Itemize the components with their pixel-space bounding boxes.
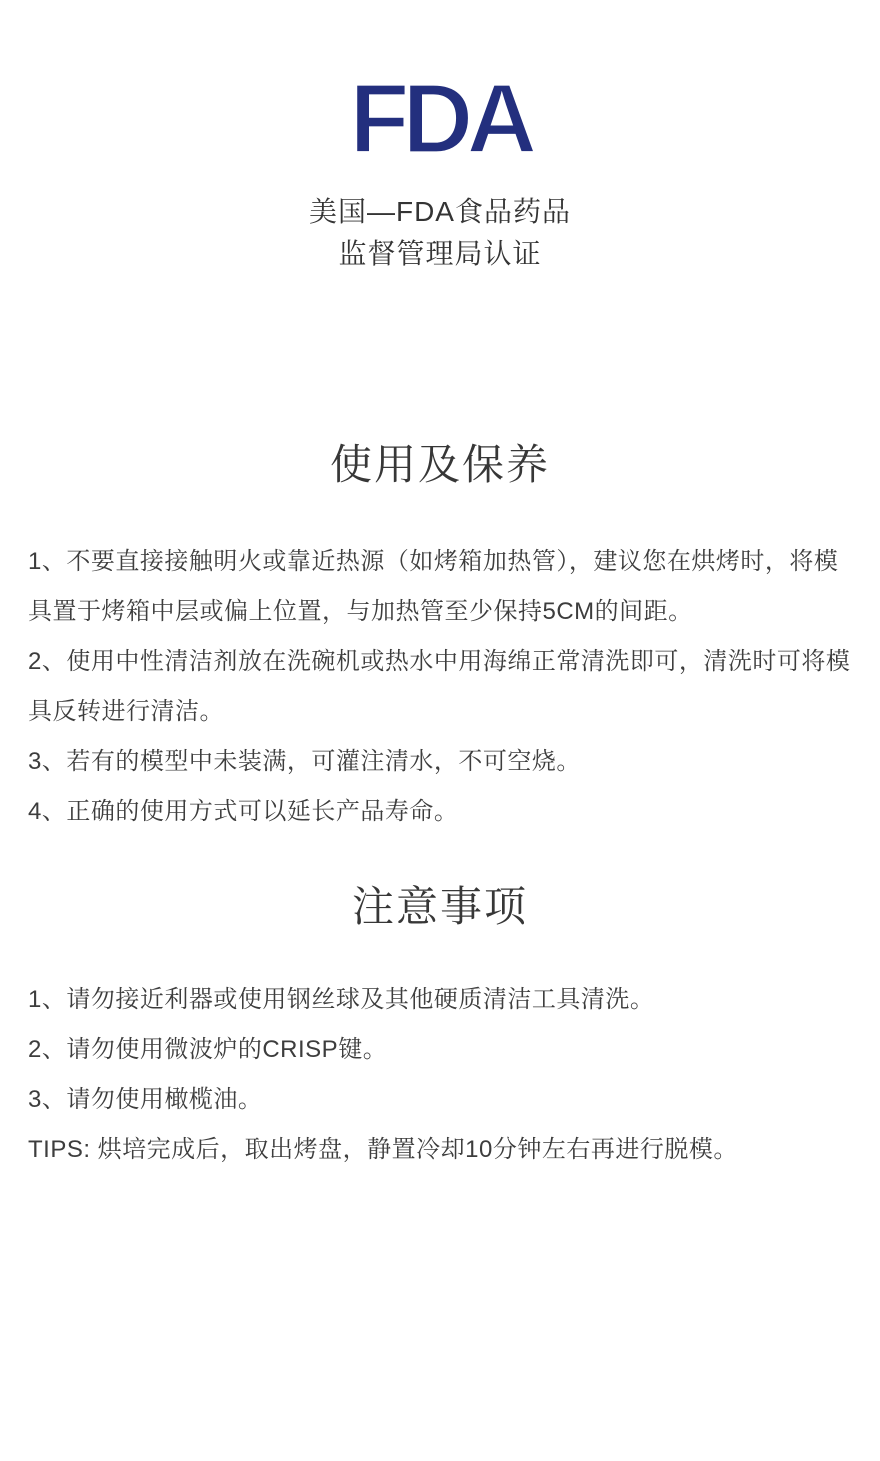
precaution-item-1: 1、请勿接近利器或使用钢丝球及其他硬质清洁工具清洗。 (28, 975, 854, 1025)
usage-item-1: 1、不要直接接触明火或靠近热源（如烤箱加热管），建议您在烘烤时，将模具置于烤箱中… (28, 537, 854, 637)
fda-caption: 美国—FDA食品药品 监督管理局认证 (0, 191, 880, 275)
precaution-tips: TIPS: 烘培完成后，取出烤盘，静置冷却10分钟左右再进行脱模。 (28, 1125, 854, 1175)
precaution-item-3: 3、请勿使用橄榄油。 (28, 1075, 854, 1125)
fda-logo: FDA FDA (0, 74, 880, 167)
fda-caption-line-1: 美国—FDA食品药品 (0, 191, 880, 233)
product-detail-page: FDA FDA 美国—FDA食品药品 监督管理局认证 使用及保养 1、不要直接接… (0, 0, 880, 1461)
svg-text:FDA: FDA (349, 74, 535, 162)
section-title-usage-care: 使用及保养 (0, 441, 880, 489)
precautions-list: 1、请勿接近利器或使用钢丝球及其他硬质清洁工具清洗。 2、请勿使用微波炉的CRI… (0, 975, 880, 1175)
usage-care-list: 1、不要直接接触明火或靠近热源（如烤箱加热管），建议您在烘烤时，将模具置于烤箱中… (0, 537, 880, 837)
usage-item-3: 3、若有的模型中未装满，可灌注清水，不可空烧。 (28, 737, 854, 787)
precaution-item-2: 2、请勿使用微波炉的CRISP键。 (28, 1025, 854, 1075)
fda-logo-icon: FDA FDA (344, 74, 536, 162)
usage-item-2: 2、使用中性清洁剂放在洗碗机或热水中用海绵正常清洗即可，清洗时可将模具反转进行清… (28, 637, 854, 737)
fda-caption-line-2: 监督管理局认证 (0, 233, 880, 275)
usage-item-4: 4、正确的使用方式可以延长产品寿命。 (28, 787, 854, 837)
section-title-precautions: 注意事项 (0, 883, 880, 931)
